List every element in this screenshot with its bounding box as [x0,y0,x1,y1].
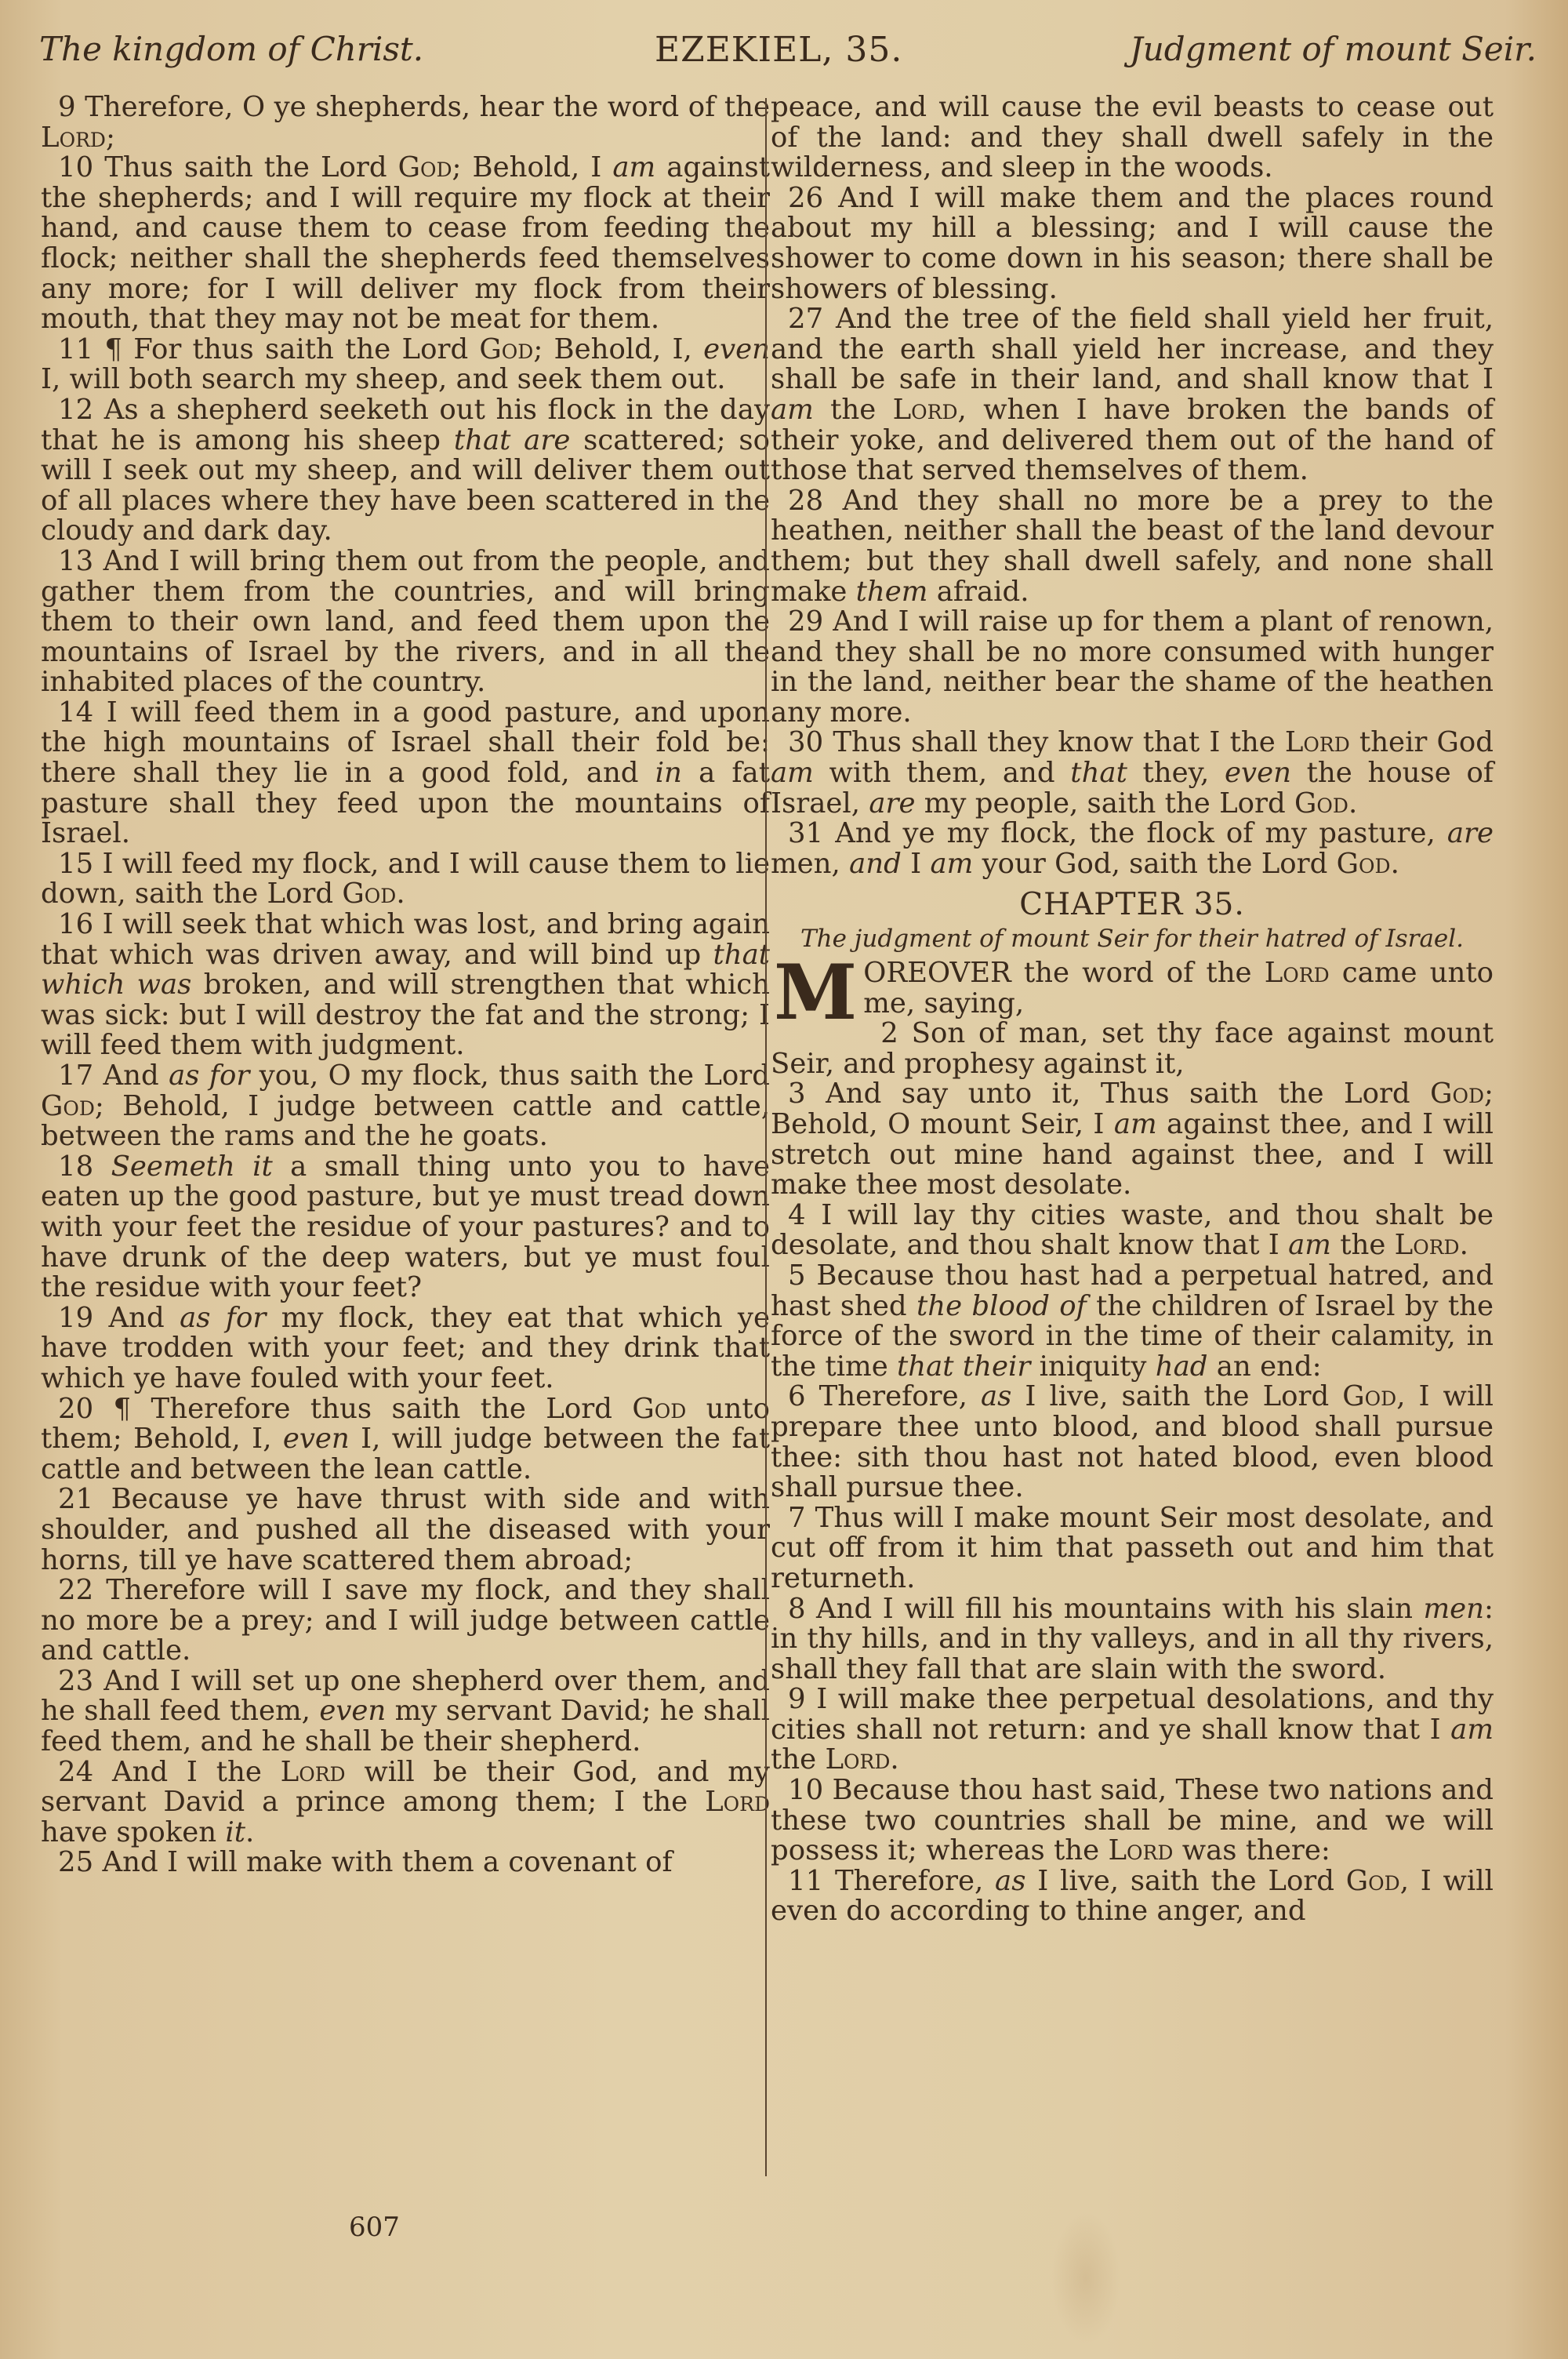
text: . [1348,787,1357,820]
small-caps-text: Lord [705,1786,770,1818]
verse-number: 28 [788,485,843,517]
verse-number: 2 [880,1017,911,1049]
italic-text: that are [454,424,571,456]
verse-number: 26 [788,182,838,214]
verse-number: 6 [788,1380,819,1412]
text: afraid. [927,576,1029,608]
verse: 25 And I will make with them a covenant … [41,1848,770,1878]
italic-text: even [283,1423,350,1455]
text: you, O my flock, thus saith the Lord [249,1060,770,1092]
verse: 7 Thus will I make mount Seir most desol… [771,1503,1494,1594]
text: ; Behold, I, [533,333,703,365]
text: ; [106,122,115,154]
verse-number: 23 [58,1665,103,1697]
chapter-34-end: peace, and will cause the evil beasts to… [771,93,1494,879]
italic-text: had [1156,1350,1208,1383]
verse-number: 11 [788,1865,835,1897]
text: Son of man, set thy face against mount S… [771,1017,1494,1080]
verse: 24 And I the Lord will be their God, and… [41,1757,770,1848]
italic-text: are [869,787,915,820]
verse: 16 I will seek that which was lost, and … [41,910,770,1061]
text: And I the [112,1756,281,1788]
text: Thus shall they know that I the [833,726,1285,758]
small-caps-text: God [41,1090,95,1122]
text: . [1460,1229,1468,1261]
italic-text: that [1070,757,1127,789]
italic-text: and [849,848,902,880]
text: my people, saith the Lord [915,787,1294,820]
text: ; Behold, I [452,151,613,184]
italic-text: am [1450,1714,1494,1746]
verse-number: 10 [58,151,104,184]
running-head-right: Judgment of mount Seir. [1130,30,1537,68]
text: have spoken [41,1816,225,1848]
italic-text: even [703,333,770,365]
text: I will feed my flock, and I will cause t… [41,848,770,911]
italic-text: am [771,394,814,426]
chapter-heading: CHAPTER 35. [771,890,1494,921]
verse-text: OREOVER the word of the Lord came unto m… [863,957,1494,1020]
verse: 8 And I will fill his mountains with his… [771,1594,1494,1685]
text: I live, saith the Lord [1025,1865,1345,1897]
verse-number: 20 ¶ [58,1393,151,1425]
text: peace, and will cause the evil beasts to… [771,91,1494,184]
text: Therefore, O ye shepherds, hear the word… [85,91,770,123]
text: the [814,394,893,426]
italic-text: even [1225,757,1291,789]
small-caps-text: Lord [825,1743,890,1776]
italic-text: am [1114,1108,1157,1140]
text: And I will make them and the places roun… [771,182,1494,305]
italic-text: men [1424,1593,1485,1625]
right-column: peace, and will cause the evil beasts to… [771,93,1494,1927]
verse: 6 Therefore, as I live, saith the Lord G… [771,1382,1494,1503]
text: Therefore will I save my flock, and they… [41,1574,770,1667]
text: For thus saith the Lord [133,333,479,365]
text: And say unto it, Thus saith the Lord [826,1078,1430,1110]
text: . [396,878,405,910]
text: And I will make with them a covenant of [102,1846,672,1878]
running-head: The kingdom of Christ. EZEKIEL, 35. Judg… [39,30,1537,77]
verse-number: 7 [788,1502,815,1534]
bible-page: The kingdom of Christ. EZEKIEL, 35. Judg… [0,0,1568,2359]
verse-number: 30 [788,726,833,758]
running-head-book-chapter: EZEKIEL, 35. [655,30,902,70]
dropcap: M [774,961,857,1024]
verse: 28 And they shall no more be a prey to t… [771,486,1494,607]
small-caps-text: God [1430,1078,1484,1110]
column-divider [765,98,767,2176]
verse: 17 And as for you, O my flock, thus sait… [41,1061,770,1152]
small-caps-text: Lord [281,1756,346,1788]
verse-number: 16 [58,908,103,940]
text: Therefore, [819,1380,981,1412]
text: And ye my flock, the flock of my pasture… [835,817,1447,849]
verse: peace, and will cause the evil beasts to… [771,93,1494,184]
italic-text: even [319,1695,386,1727]
text: men, [771,848,849,880]
verse: 9 I will make thee perpetual desolations… [771,1685,1494,1776]
italic-text: in [655,757,682,789]
verse: 23 And I will set up one shepherd over t… [41,1667,770,1757]
verse-number: 4 [788,1199,821,1231]
text: . [1391,848,1399,880]
small-caps-text: God [479,333,533,365]
italic-text: as for [180,1302,266,1334]
verse: 10 Because thou hast said, These two nat… [771,1776,1494,1866]
verse: 31 And ye my flock, the flock of my past… [771,819,1494,879]
chapter-35-verses: 2 Son of man, set thy face against mount… [771,1019,1494,1927]
small-caps-text: God [342,878,396,910]
verse: 3 And say unto it, Thus saith the Lord G… [771,1079,1494,1200]
text: was there: [1173,1834,1330,1866]
text: their God [1350,726,1494,758]
verse: 21 Because ye have thrust with side and … [41,1485,770,1576]
italic-text: as [995,1865,1025,1897]
text: Thus saith the Lord [104,151,397,184]
small-caps-text: God [398,151,452,184]
verse: 19 And as for my flock, they eat that wh… [41,1303,770,1394]
text: And [109,1302,180,1334]
text: Thus will I make mount Seir most desolat… [771,1502,1494,1594]
text: I will make thee perpetual desolations, … [771,1683,1494,1746]
small-caps-text: God [1337,848,1391,880]
verse: 12 As a shepherd seeketh out his flock i… [41,395,770,547]
verse-number: 24 [58,1756,112,1788]
text: I [902,848,931,880]
verse: 11 Therefore, as I live, saith the Lord … [771,1866,1494,1927]
text: I live, saith the Lord [1011,1380,1342,1412]
verse-number: 12 [58,394,104,426]
italic-text: am [771,757,814,789]
small-caps-text: Lord [41,122,106,154]
verse: 26 And I will make them and the places r… [771,184,1494,304]
text: ; Behold, I judge between cattle and cat… [41,1090,770,1153]
chapter-summary: The judgment of mount Seir for their hat… [779,925,1486,952]
verse-number: 8 [788,1593,816,1625]
small-caps-text: Lord [1395,1229,1460,1261]
italic-text: them [856,576,928,608]
italic-text: the blood of [916,1290,1087,1322]
verse-number: 14 [58,696,107,729]
text: with them, and [814,757,1070,789]
verse-number: 9 [58,91,85,123]
verse-number: 5 [788,1259,816,1292]
page-number: 607 [349,2212,400,2243]
verse: 9 Therefore, O ye shepherds, hear the wo… [41,93,770,153]
verse: 14 I will feed them in a good pasture, a… [41,698,770,849]
text: . [245,1816,254,1848]
text: the [771,1743,825,1776]
italic-text: am [612,151,655,184]
verse-number: 29 [788,605,833,638]
small-caps-text: Lord [1285,726,1350,758]
verse: 5 Because thou hast had a perpetual hatr… [771,1261,1494,1382]
text: OREOVER the word of the [863,957,1264,989]
verse-number: 3 [788,1078,826,1110]
verse-number: 25 [58,1846,102,1878]
small-caps-text: God [1294,787,1348,820]
verse-number: 10 [788,1774,832,1806]
verse: 20 ¶ Therefore thus saith the Lord God u… [41,1394,770,1485]
verse-number: 18 [58,1150,111,1183]
running-head-left: The kingdom of Christ. [39,30,423,68]
text: an end: [1207,1350,1321,1383]
verse-1: MOREOVER the word of the Lord came unto … [771,958,1494,1019]
text: Therefore thus saith the Lord [151,1393,633,1425]
verse: 13 And I will bring them out from the pe… [41,547,770,698]
verse: 4 I will lay thy cities waste, and thou … [771,1201,1494,1261]
italic-text: as [981,1380,1011,1412]
italic-text: am [930,848,973,880]
text: your God, saith the Lord [973,848,1336,880]
text: Because ye have thrust with side and wit… [41,1483,770,1576]
text: And the tree of the field shall yield he… [771,303,1494,395]
verse: 29 And I will raise up for them a plant … [771,607,1494,728]
italic-text: am [1288,1229,1331,1261]
text: I, will both search my sheep, and seek t… [41,363,726,395]
text: And I will fill his mountains with his s… [816,1593,1423,1625]
paper-stain [1051,2212,1121,2345]
verse: 22 Therefore will I save my flock, and t… [41,1576,770,1667]
italic-text: Seemeth it [111,1150,273,1183]
verse: 18 Seemeth it a small thing unto you to … [41,1152,770,1303]
verse: 30 Thus shall they know that I the Lord … [771,728,1494,819]
italic-text: are [1447,817,1494,849]
small-caps-text: God [1346,1865,1400,1897]
verse-number: 27 [788,303,836,335]
text: the [1331,1229,1395,1261]
text: I will seek that which was lost, and bri… [41,908,770,971]
small-caps-text: Lord [1108,1834,1173,1866]
small-caps-text: Lord [893,394,958,426]
verse: 27 And the tree of the field shall yield… [771,304,1494,486]
text: And [103,1060,169,1092]
verse: 10 Thus saith the Lord God; Behold, I am… [41,153,770,335]
verse-number: 15 [58,848,102,880]
verse-number: 22 [58,1574,106,1606]
verse-number: 19 [58,1302,109,1334]
verse-number: 31 [788,817,835,849]
small-caps-text: Lord [1265,957,1330,989]
verse: 15 I will feed my flock, and I will caus… [41,849,770,910]
verse: 2 Son of man, set thy face against mount… [771,1019,1494,1079]
verse-number: 9 [788,1683,816,1715]
text: they, [1127,757,1225,789]
small-caps-text: God [632,1393,686,1425]
italic-text: that their [897,1350,1030,1383]
text: And I will bring them out from the peopl… [41,545,770,698]
left-column: 9 Therefore, O ye shepherds, hear the wo… [41,93,770,1878]
verse-number: 11 ¶ [58,333,133,365]
text: Therefore, [835,1865,995,1897]
text: . [890,1743,898,1776]
small-caps-text: God [1342,1380,1396,1412]
italic-text: as for [169,1060,249,1092]
italic-text: it [225,1816,245,1848]
verse: 11 ¶ For thus saith the Lord God; Behold… [41,335,770,395]
verse-number: 17 [58,1060,103,1092]
text: And I will raise up for them a plant of … [771,605,1494,729]
verse-number: 21 [58,1483,111,1515]
verse-number: 13 [58,545,103,577]
text: iniquity [1030,1350,1155,1383]
